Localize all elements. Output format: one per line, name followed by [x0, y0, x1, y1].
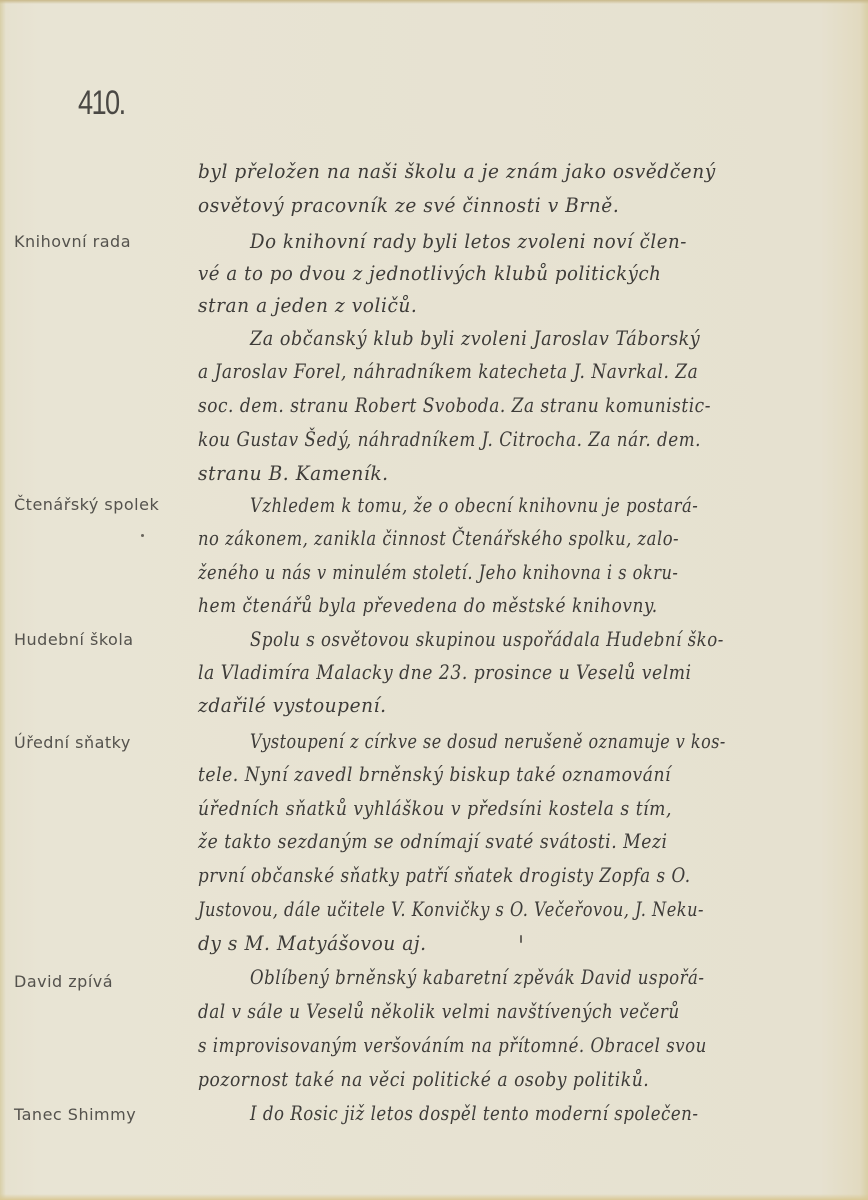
text-line: Justovou, dále učitele V. Konvičky s O. …: [198, 898, 704, 921]
text-line: ženého u nás v minulém století. Jeho kni…: [198, 561, 678, 584]
text-line: první občanské sňatky patří sňatek drogi…: [198, 864, 691, 887]
chronicle-page: 410. Knihovní rada Čtenářský spolek Hude…: [0, 0, 868, 1200]
text-line: Za občanský klub byli zvoleni Jaroslav T…: [250, 327, 700, 350]
text-line: že takto sezdaným se odnímají svaté svát…: [198, 830, 668, 853]
text-line: kou Gustav Šedý, náhradníkem J. Citrocha…: [198, 428, 701, 451]
text-line: dy s M. Matyášovou aj.: [198, 932, 427, 955]
text-line: úředních sňatků vyhláškou v předsíni kos…: [198, 797, 672, 820]
text-line: pozornost také na věci politické a osoby…: [198, 1068, 649, 1091]
margin-note-ctenarsky-spolek: Čtenářský spolek: [14, 495, 159, 514]
margin-note-uredni-snatky: Úřední sňatky: [14, 733, 131, 752]
text-line: s improvisovaným veršováním na přítomné.…: [198, 1034, 707, 1057]
text-line: Vzhledem k tomu, že o obecní knihovnu je…: [250, 494, 698, 517]
ink-dot: [141, 534, 144, 537]
text-line: Oblíbený brněnský kabaretní zpěvák David…: [250, 966, 705, 989]
text-line: stran a jeden z voličů.: [198, 294, 417, 317]
text-line: stranu B. Kameník.: [198, 462, 389, 485]
margin-note-hudebni-skola: Hudební škola: [14, 630, 134, 649]
text-line: byl přeložen na naši školu a je znám jak…: [198, 160, 716, 183]
ink-mark: [520, 935, 522, 943]
text-line: dal v sále u Veselů několik velmi navští…: [198, 1000, 680, 1023]
text-line: I do Rosic již letos dospěl tento modern…: [250, 1102, 698, 1125]
text-line: a Jaroslav Forel, náhradníkem katecheta …: [198, 360, 698, 383]
margin-note-david-zpiva: David zpívá: [14, 972, 113, 991]
text-line: zdařilé vystoupení.: [198, 694, 387, 717]
text-line: Do knihovní rady byli letos zvoleni noví…: [250, 230, 687, 253]
text-line: hem čtenářů byla převedena do městské kn…: [198, 594, 658, 617]
text-line: no zákonem, zanikla činnost Čtenářského …: [198, 527, 679, 550]
page-number: 410.: [78, 84, 125, 123]
text-line: la Vladimíra Malacky dne 23. prosince u …: [198, 661, 692, 684]
text-line: Spolu s osvětovou skupinou uspořádala Hu…: [250, 628, 724, 651]
margin-note-knihovni-rada: Knihovní rada: [14, 232, 131, 251]
text-line: vé a to po dvou z jednotlivých klubů pol…: [198, 262, 661, 285]
text-line: soc. dem. stranu Robert Svoboda. Za stra…: [198, 394, 711, 417]
margin-note-tanec-shimmy: Tanec Shimmy: [14, 1105, 136, 1124]
text-line: tele. Nyní zavedl brněnský biskup také o…: [198, 763, 671, 786]
text-line: Vystoupení z církve se dosud nerušeně oz…: [250, 730, 726, 753]
text-line: osvětový pracovník ze své činnosti v Brn…: [198, 194, 619, 217]
